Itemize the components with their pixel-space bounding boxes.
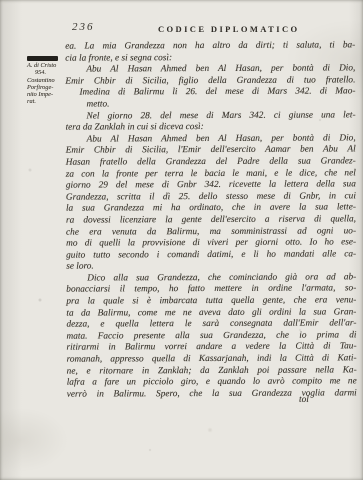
text-line: Abu Al Hasan Ahmed ben Al Hasan, per bon…	[65, 64, 355, 77]
text-line: ea. La mia Grandezza non ha altro da dir…	[65, 40, 355, 53]
ink-bar	[27, 56, 58, 61]
text-line: mo di quelli la provvisione di viveri pe…	[66, 237, 356, 250]
margin-note-line: nito Impe-	[27, 91, 65, 98]
margin-note-line: A. di Cristo	[27, 62, 65, 69]
text-line: romanah, appresso quella di Kassarjanah,…	[67, 353, 357, 366]
text-line: pra la quale si è imbarcata tutta quella…	[66, 295, 356, 308]
margin-note-line: rat.	[27, 98, 65, 105]
scanned-book-page: 236 CODICE DIPLOMATICO A. di Cristo954.C…	[0, 0, 363, 480]
margin-note: A. di Cristo954.CostantinoPorfiroge-nito…	[27, 56, 65, 106]
margin-note-line: Porfiroge-	[27, 84, 65, 91]
text-line: Imedina di Balirmu li 26. del mese di Ma…	[65, 87, 355, 100]
text-line: verrò in Balirmu. Spero, che la sua Gran…	[67, 388, 357, 401]
body-text: ea. La mia Grandezza non ha altro da dir…	[65, 40, 357, 401]
text-line: dezza, e quella lettera le sarà consegna…	[66, 319, 356, 332]
text-line: Nel giorno 28. del mese di Mars 342. ci …	[66, 110, 356, 123]
margin-note-lines: A. di Cristo954.CostantinoPorfiroge-nito…	[27, 62, 65, 106]
text-line: Hasan fratello della Grandezza del Padre…	[66, 156, 356, 169]
catchword: tol	[299, 395, 309, 405]
page-number: 236	[72, 21, 95, 33]
running-header: CODICE DIPLOMATICO	[158, 24, 300, 34]
text-line: giorno 29 del mese di Gnbr 342. ricevett…	[66, 179, 356, 192]
text-line: lafra a fare un picciolo giro, e quando …	[67, 377, 357, 390]
text-line: guito tutto secondo i comandi datimi, e …	[66, 249, 356, 262]
margin-note-line: Costantino	[27, 77, 65, 84]
margin-note-line: 954.	[27, 69, 65, 76]
text-line: ra dovessi licenziare la gente dell'eser…	[66, 214, 356, 227]
